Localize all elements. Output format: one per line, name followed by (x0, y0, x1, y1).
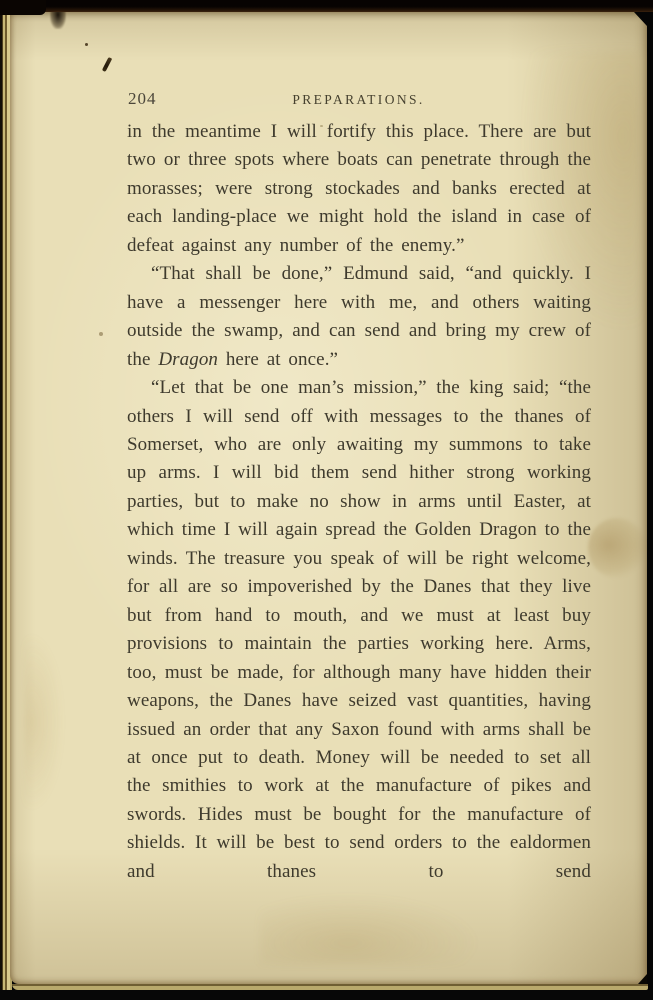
ship-name-italic: Dragon (158, 349, 218, 370)
book-scan: 204 PREPARATIONS. in the meantime I will… (0, 0, 653, 1000)
paragraph-text: here at once.” (218, 349, 338, 370)
scan-top-border (0, 0, 653, 12)
paragraph: “That shall be done,” Edmund said, “and … (127, 260, 591, 374)
page-corner-shadow (638, 974, 647, 984)
paper-stain (260, 894, 480, 964)
running-head: PREPARATIONS. (127, 92, 590, 108)
page-corner-shadow (634, 12, 647, 26)
paragraph: “Let that be one man’s mission,” the kin… (127, 374, 591, 886)
page-header: 204 PREPARATIONS. (127, 89, 590, 113)
paper-stain (24, 632, 64, 812)
paragraph: in the meantime I will fortify this plac… (127, 118, 591, 260)
page-body-text: in the meantime I will fortify this plac… (127, 118, 591, 886)
scan-bottom-border (0, 990, 653, 1000)
